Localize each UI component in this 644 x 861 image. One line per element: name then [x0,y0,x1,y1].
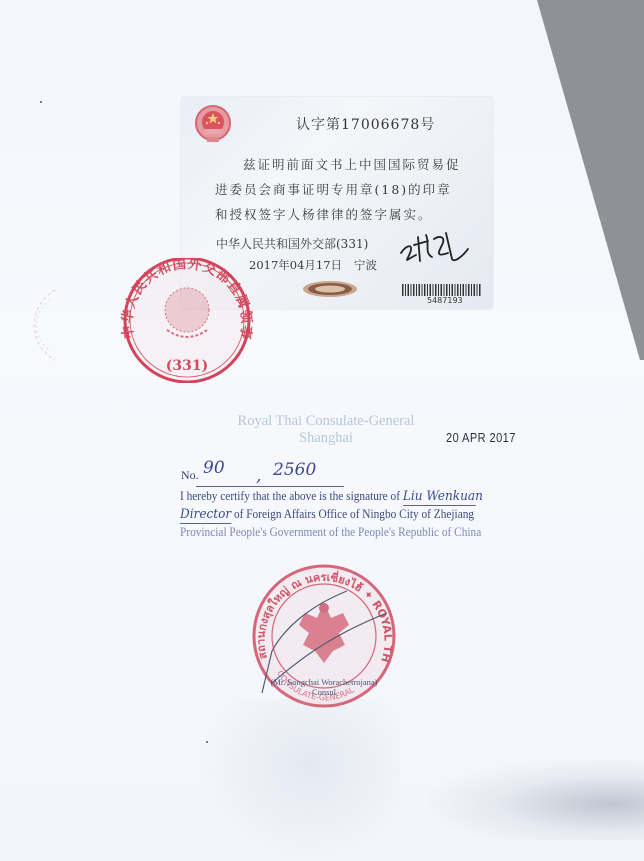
barcode [402,284,482,296]
scan-shadow [430,760,644,840]
certify-row-1: I hereby certify that the above is the s… [180,488,496,506]
certify-row-3: Provincial People's Government of the Pe… [180,524,496,540]
barcode-number: 5487193 [427,296,463,305]
dust-speck [206,741,208,743]
consulate-stamp: Royal Thai Consulate-General Shanghai [226,413,426,447]
certification-statement: I hereby certify that the above is the s… [180,488,496,540]
legalization-date-stamp: 20 APR 2017 [446,430,516,445]
mfa-red-seal: 中华人民共和国外交部直属领事服务中心 (331) [112,258,262,383]
consulate-name: Royal Thai Consulate-General [226,413,426,430]
consul-role: Consul [312,687,337,697]
certify-row-2: Director of Foreign Affairs Office of Ni… [180,506,496,524]
thai-consulate-seal: สถานกงสุลใหญ่ ณ นครเซี่ยงไฮ้ ✦ ROYAL THA… [247,563,402,713]
certification-line: 进委员会商事证明专用章(18)的印章 [215,177,480,202]
number-underline [196,486,344,487]
certification-text: 兹证明前面文书上中国国际贸易促 进委员会商事证明专用章(18)的印章 和授权签字… [215,152,480,227]
number-label: No. [181,468,199,482]
legalization-number: No. 90 , 2560 [181,468,346,483]
certification-line: 和授权签字人杨律律的签字属实。 [215,202,480,227]
dust-speck [40,101,42,103]
paper-fold-shadow [200,700,400,861]
number-handwritten-2: 2560 [273,460,316,480]
national-emblem-icon [193,103,233,145]
certificate-number: 认字第17006678号 [296,114,435,134]
number-separator: , [256,466,261,486]
issuing-authority: 中华人民共和国外交部(331) [216,235,368,252]
certification-line: 兹证明前面文书上中国国际贸易促 [215,152,480,177]
issue-date-line: 2017年04月17日宁波 [249,257,377,273]
signatory-name-handwritten: Liu Wenkuan [403,489,476,506]
consul-name: (Mr. Songchai Worachetrojana) [270,677,377,687]
certify-text: I hereby certify that the above is the s… [180,489,400,503]
security-guilloche [301,280,359,298]
certify-text: of Foreign Affairs Office of Ningbo City… [234,507,474,521]
consulate-city: Shanghai [226,430,426,447]
number-handwritten-1: 90 [203,458,225,478]
red-seal-code: (331) [166,358,208,374]
faint-seal-impression [20,285,60,365]
signatory-title-handwritten: Director [180,507,231,524]
issue-city: 宁波 [354,258,377,272]
official-signature [396,227,476,267]
issue-date: 2017年04月17日 [249,258,342,272]
